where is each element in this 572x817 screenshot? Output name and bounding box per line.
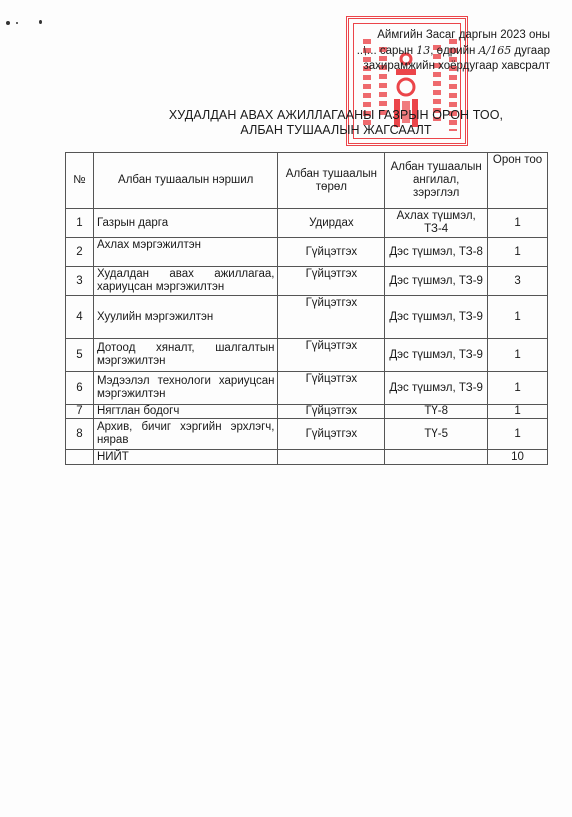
approval-line-2: ..\... сарын 13, өдрийн A/165 дугаар <box>357 43 550 59</box>
cell-name: Архив, бичиг хэргийн эрхлэгч, нярав <box>93 419 278 450</box>
cell-class: ТҮ-5 <box>385 419 488 450</box>
cell-no: 6 <box>66 372 94 405</box>
cell-class: Дэс түшмэл, ТЗ-8 <box>385 238 488 267</box>
cell-type: Удирдах <box>278 209 385 238</box>
cell-no: 1 <box>66 209 94 238</box>
cell-no: 7 <box>66 405 94 419</box>
cell-class: Дэс түшмэл, ТЗ-9 <box>385 372 488 405</box>
cell-class: Дэс түшмэл, ТЗ-9 <box>385 267 488 296</box>
cell-count: 1 <box>488 405 548 419</box>
cell-class: ТҮ-8 <box>385 405 488 419</box>
table-row: 4 Хуулийн мэргэжилтэн Гүйцэтгэх Дэс түшм… <box>66 296 548 339</box>
table-row: 3 Худалдан авах ажиллагаа, хариуцсан мэр… <box>66 267 548 296</box>
handwritten-decree-number: A/165 <box>479 44 512 57</box>
total-count: 10 <box>488 450 548 465</box>
cell-type: Гүйцэтгэх <box>278 238 385 267</box>
table-row: 1 Газрын дарга Удирдах Ахлах түшмэл, ТЗ-… <box>66 209 548 238</box>
table-row: 2 Ахлах мэргэжилтэн Гүйцэтгэх Дэс түшмэл… <box>66 238 548 267</box>
positions-table: № Албан тушаалын нэршил Албан тушаалын т… <box>65 152 548 465</box>
document-page: Аймгийн Засаг даргын 2023 оны ..\... сар… <box>0 0 572 817</box>
cell-type: Гүйцэтгэх <box>278 267 385 296</box>
cell-type: Гүйцэтгэх <box>278 405 385 419</box>
header-class: Албан тушаалын ангилал, зэрэглэл <box>385 153 488 209</box>
cell-class: Ахлах түшмэл, ТЗ-4 <box>385 209 488 238</box>
cell-type: Гүйцэтгэх <box>278 419 385 450</box>
cell-count: 1 <box>488 238 548 267</box>
handwritten-day: 13 <box>416 44 430 57</box>
header-no: № <box>66 153 94 209</box>
cell-no: 8 <box>66 419 94 450</box>
cell-no: 4 <box>66 296 94 339</box>
cell-type: Гүйцэтгэх <box>278 296 385 339</box>
cell-name: Нягтлан бодогч <box>93 405 278 419</box>
cell-type: Гүйцэтгэх <box>278 339 385 372</box>
cell-count: 1 <box>488 372 548 405</box>
cell-type: Гүйцэтгэх <box>278 372 385 405</box>
title-line-2: АЛБАН ТУШААЛЫН ЖАГСААЛТ <box>0 123 572 138</box>
table-row: 8 Архив, бичиг хэргийн эрхлэгч, нярав Гү… <box>66 419 548 450</box>
approval-line-1: Аймгийн Засаг даргын 2023 оны <box>357 28 550 43</box>
table-total-row: НИЙТ 10 <box>66 450 548 465</box>
table-row: 7 Нягтлан бодогч Гүйцэтгэх ТҮ-8 1 <box>66 405 548 419</box>
cell-name: Мэдээлэл технологи хариуцсан мэргэжилтэн <box>93 372 278 405</box>
cell-class-empty <box>385 450 488 465</box>
cell-name: Дотоод хяналт, шалгалтын мэргэжилтэн <box>93 339 278 372</box>
cell-type-empty <box>278 450 385 465</box>
cell-no: 2 <box>66 238 94 267</box>
cell-class: Дэс түшмэл, ТЗ-9 <box>385 296 488 339</box>
cell-name: Худалдан авах ажиллагаа, хариуцсан мэргэ… <box>93 267 278 296</box>
cell-no-empty <box>66 450 94 465</box>
table-row: 5 Дотоод хяналт, шалгалтын мэргэжилтэн Г… <box>66 339 548 372</box>
header-type: Албан тушаалын төрөл <box>278 153 385 209</box>
cell-count: 1 <box>488 209 548 238</box>
cell-name: Газрын дарга <box>93 209 278 238</box>
cell-count: 1 <box>488 339 548 372</box>
approval-note: Аймгийн Засаг даргын 2023 оны ..\... сар… <box>357 28 550 74</box>
cell-class: Дэс түшмэл, ТЗ-9 <box>385 339 488 372</box>
table-row: 6 Мэдээлэл технологи хариуцсан мэргэжилт… <box>66 372 548 405</box>
scan-specks <box>6 20 46 26</box>
title-line-1: ХУДАЛДАН АВАХ АЖИЛЛАГААНЫ ГАЗРЫН ОРОН ТО… <box>0 108 572 123</box>
table-header-row: № Албан тушаалын нэршил Албан тушаалын т… <box>66 153 548 209</box>
cell-name: Ахлах мэргэжилтэн <box>93 238 278 267</box>
cell-count: 1 <box>488 419 548 450</box>
cell-count: 3 <box>488 267 548 296</box>
header-count: Орон тоо <box>488 153 548 209</box>
cell-no: 3 <box>66 267 94 296</box>
document-title: ХУДАЛДАН АВАХ АЖИЛЛАГААНЫ ГАЗРЫН ОРОН ТО… <box>0 108 572 138</box>
cell-no: 5 <box>66 339 94 372</box>
cell-count: 1 <box>488 296 548 339</box>
total-label: НИЙТ <box>93 450 278 465</box>
header-name: Албан тушаалын нэршил <box>93 153 278 209</box>
cell-name: Хуулийн мэргэжилтэн <box>93 296 278 339</box>
approval-line-3: захирамжийн хоёрдугаар хавсралт <box>357 59 550 74</box>
